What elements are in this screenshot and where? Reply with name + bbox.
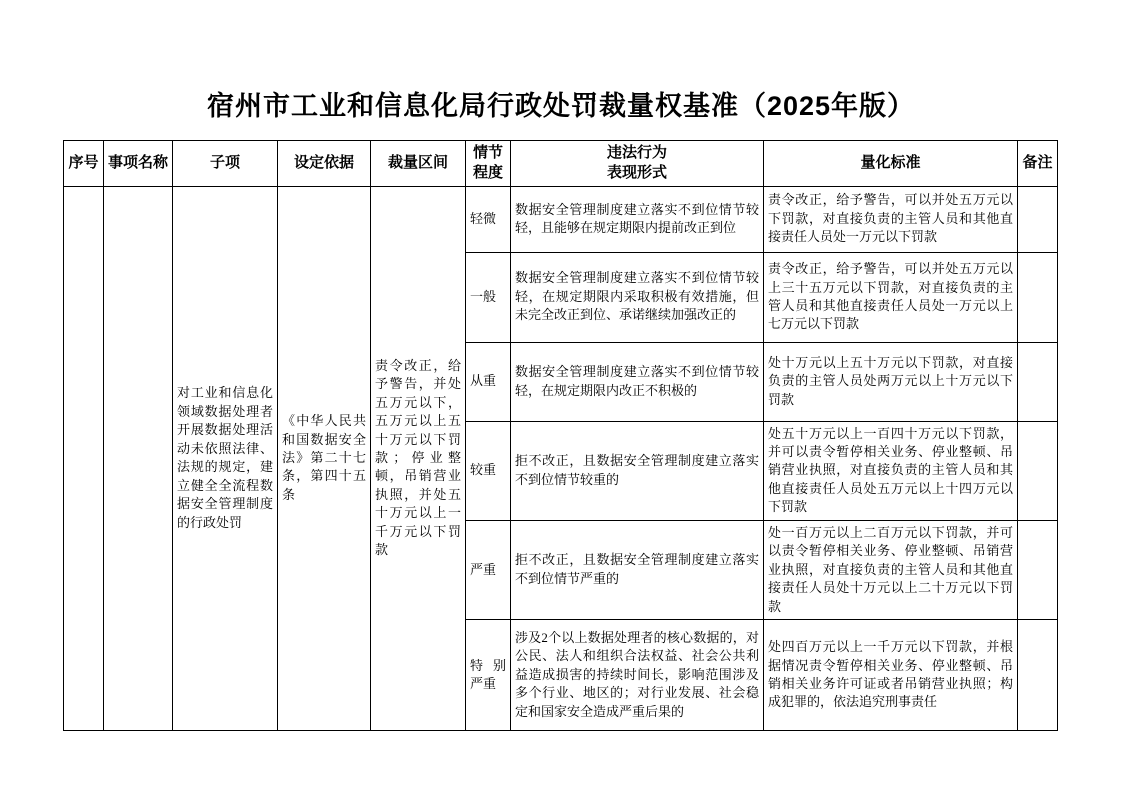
header-quantified-standard: 量化标准 bbox=[764, 141, 1018, 187]
cell-remark bbox=[1018, 186, 1058, 252]
header-row: 序号 事项名称 子项 设定依据 裁量区间 情节程度 违法行为 表现形式 量化标准… bbox=[64, 141, 1058, 187]
cell-behavior: 拒不改正，且数据安全管理制度建立落实不到位情节较重的 bbox=[511, 421, 764, 520]
header-serial-number: 序号 bbox=[64, 141, 104, 187]
cell-discretion-range: 责令改正，给予警告，并处五万元以下，五万元以上五十万元以下罚款；停业整顿，吊销营… bbox=[371, 186, 466, 731]
cell-standard: 处四百万元以上一千万元以下罚款，并根据情况责令暂停相关业务、停业整顿、吊销相关业… bbox=[764, 620, 1018, 731]
cell-remark bbox=[1018, 620, 1058, 731]
cell-behavior: 数据安全管理制度建立落实不到位情节较轻，在规定期限内改正不积极的 bbox=[511, 342, 764, 421]
header-discretion-range: 裁量区间 bbox=[371, 141, 466, 187]
cell-remark bbox=[1018, 252, 1058, 342]
cell-sub-item: 对工业和信息化领域数据处理者开展数据处理活动未依照法律、法规的规定，建立健全全流… bbox=[173, 186, 278, 731]
severity-row-minor: 对工业和信息化领域数据处理者开展数据处理活动未依照法律、法规的规定，建立健全全流… bbox=[64, 186, 1058, 252]
cell-severity-level: 较重 bbox=[466, 421, 511, 520]
document-title: 宿州市工业和信息化局行政处罚裁量权基准（2025年版） bbox=[0, 0, 1122, 122]
cell-remark bbox=[1018, 520, 1058, 619]
cell-severity-level: 特别严重 bbox=[466, 620, 511, 731]
penalty-discretion-table: 序号 事项名称 子项 设定依据 裁量区间 情节程度 违法行为 表现形式 量化标准… bbox=[63, 140, 1058, 731]
header-remark: 备注 bbox=[1018, 141, 1058, 187]
cell-behavior: 数据安全管理制度建立落实不到位情节较轻，在规定期限内采取积极有效措施，但未完全改… bbox=[511, 252, 764, 342]
cell-standard: 处十万元以上五十万元以下罚款，对直接负责的主管人员处两万元以上十万元以下罚款 bbox=[764, 342, 1018, 421]
cell-standard: 处一百万元以上二百万元以下罚款，并可以责令暂停相关业务、停业整顿、吊销营业执照，… bbox=[764, 520, 1018, 619]
header-item-name: 事项名称 bbox=[104, 141, 173, 187]
cell-standard: 责令改正，给予警告，可以并处五万元以下罚款，对直接负责的主管人员和其他直接责任人… bbox=[764, 186, 1018, 252]
cell-severity-level: 一般 bbox=[466, 252, 511, 342]
cell-severity-level: 从重 bbox=[466, 342, 511, 421]
cell-item-name bbox=[104, 186, 173, 731]
document-page: 宿州市工业和信息化局行政处罚裁量权基准（2025年版） 序号 事项名称 子项 设… bbox=[0, 0, 1122, 793]
cell-serial-number bbox=[64, 186, 104, 731]
cell-behavior: 涉及2个以上数据处理者的核心数据的，对公民、法人和组织合法权益、社会公共利益造成… bbox=[511, 620, 764, 731]
header-severity-level: 情节程度 bbox=[466, 141, 511, 187]
cell-behavior: 拒不改正，且数据安全管理制度建立落实不到位情节严重的 bbox=[511, 520, 764, 619]
cell-severity-level: 严重 bbox=[466, 520, 511, 619]
cell-legal-basis: 《中华人民共和国数据安全法》第二十七条，第四十五条 bbox=[278, 186, 371, 731]
header-sub-item: 子项 bbox=[173, 141, 278, 187]
cell-remark bbox=[1018, 421, 1058, 520]
cell-remark bbox=[1018, 342, 1058, 421]
cell-standard: 责令改正，给予警告，可以并处五万元以上三十五万元以下罚款，对直接负责的主管人员和… bbox=[764, 252, 1018, 342]
cell-behavior: 数据安全管理制度建立落实不到位情节较轻，且能够在规定期限内提前改正到位 bbox=[511, 186, 764, 252]
header-illegal-behavior: 违法行为 表现形式 bbox=[511, 141, 764, 187]
cell-standard: 处五十万元以上一百四十万元以下罚款，并可以责令暂停相关业务、停业整顿、吊销营业执… bbox=[764, 421, 1018, 520]
header-legal-basis: 设定依据 bbox=[278, 141, 371, 187]
cell-severity-level: 轻微 bbox=[466, 186, 511, 252]
